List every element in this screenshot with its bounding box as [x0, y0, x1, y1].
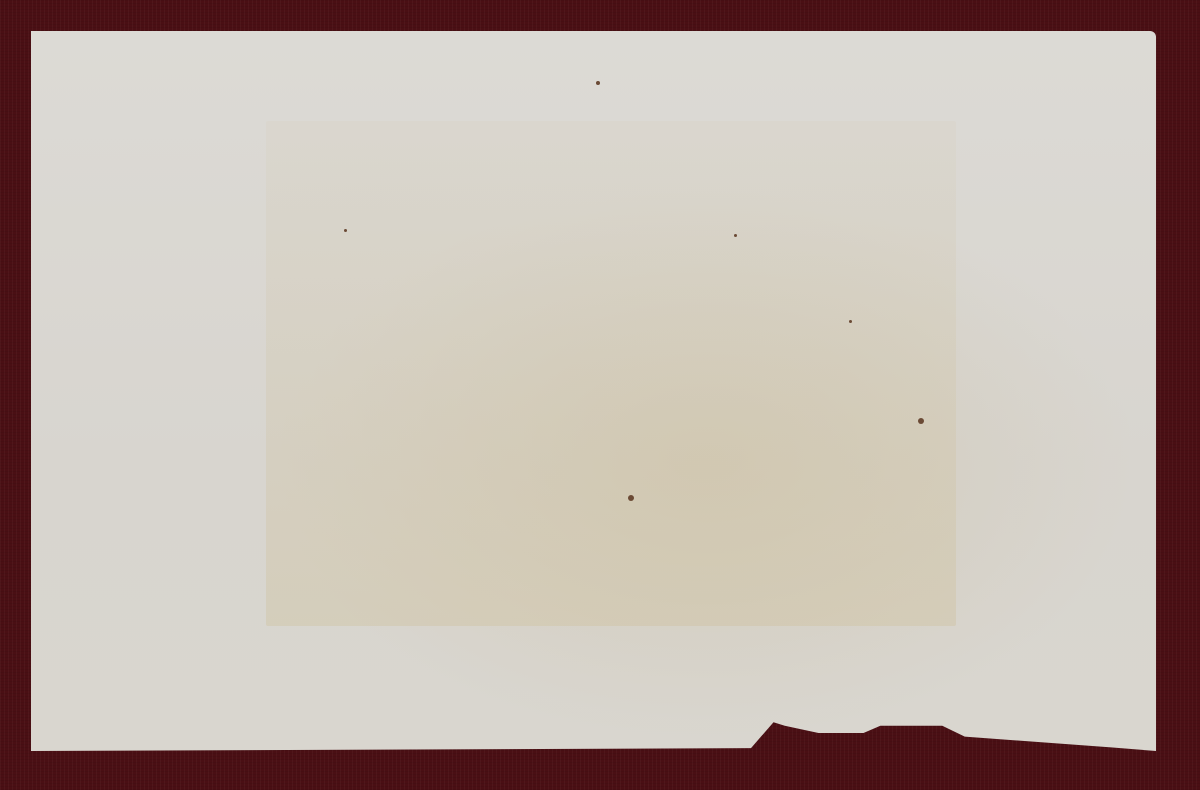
plate-mark-impression	[266, 121, 956, 626]
foxing-spot	[849, 320, 852, 323]
foxing-spot	[344, 229, 347, 232]
foxing-spot	[596, 81, 600, 85]
foxing-spot	[734, 234, 737, 237]
foxing-spot	[628, 495, 634, 501]
foxing-spot	[918, 418, 924, 424]
paper-sheet	[31, 31, 1156, 751]
